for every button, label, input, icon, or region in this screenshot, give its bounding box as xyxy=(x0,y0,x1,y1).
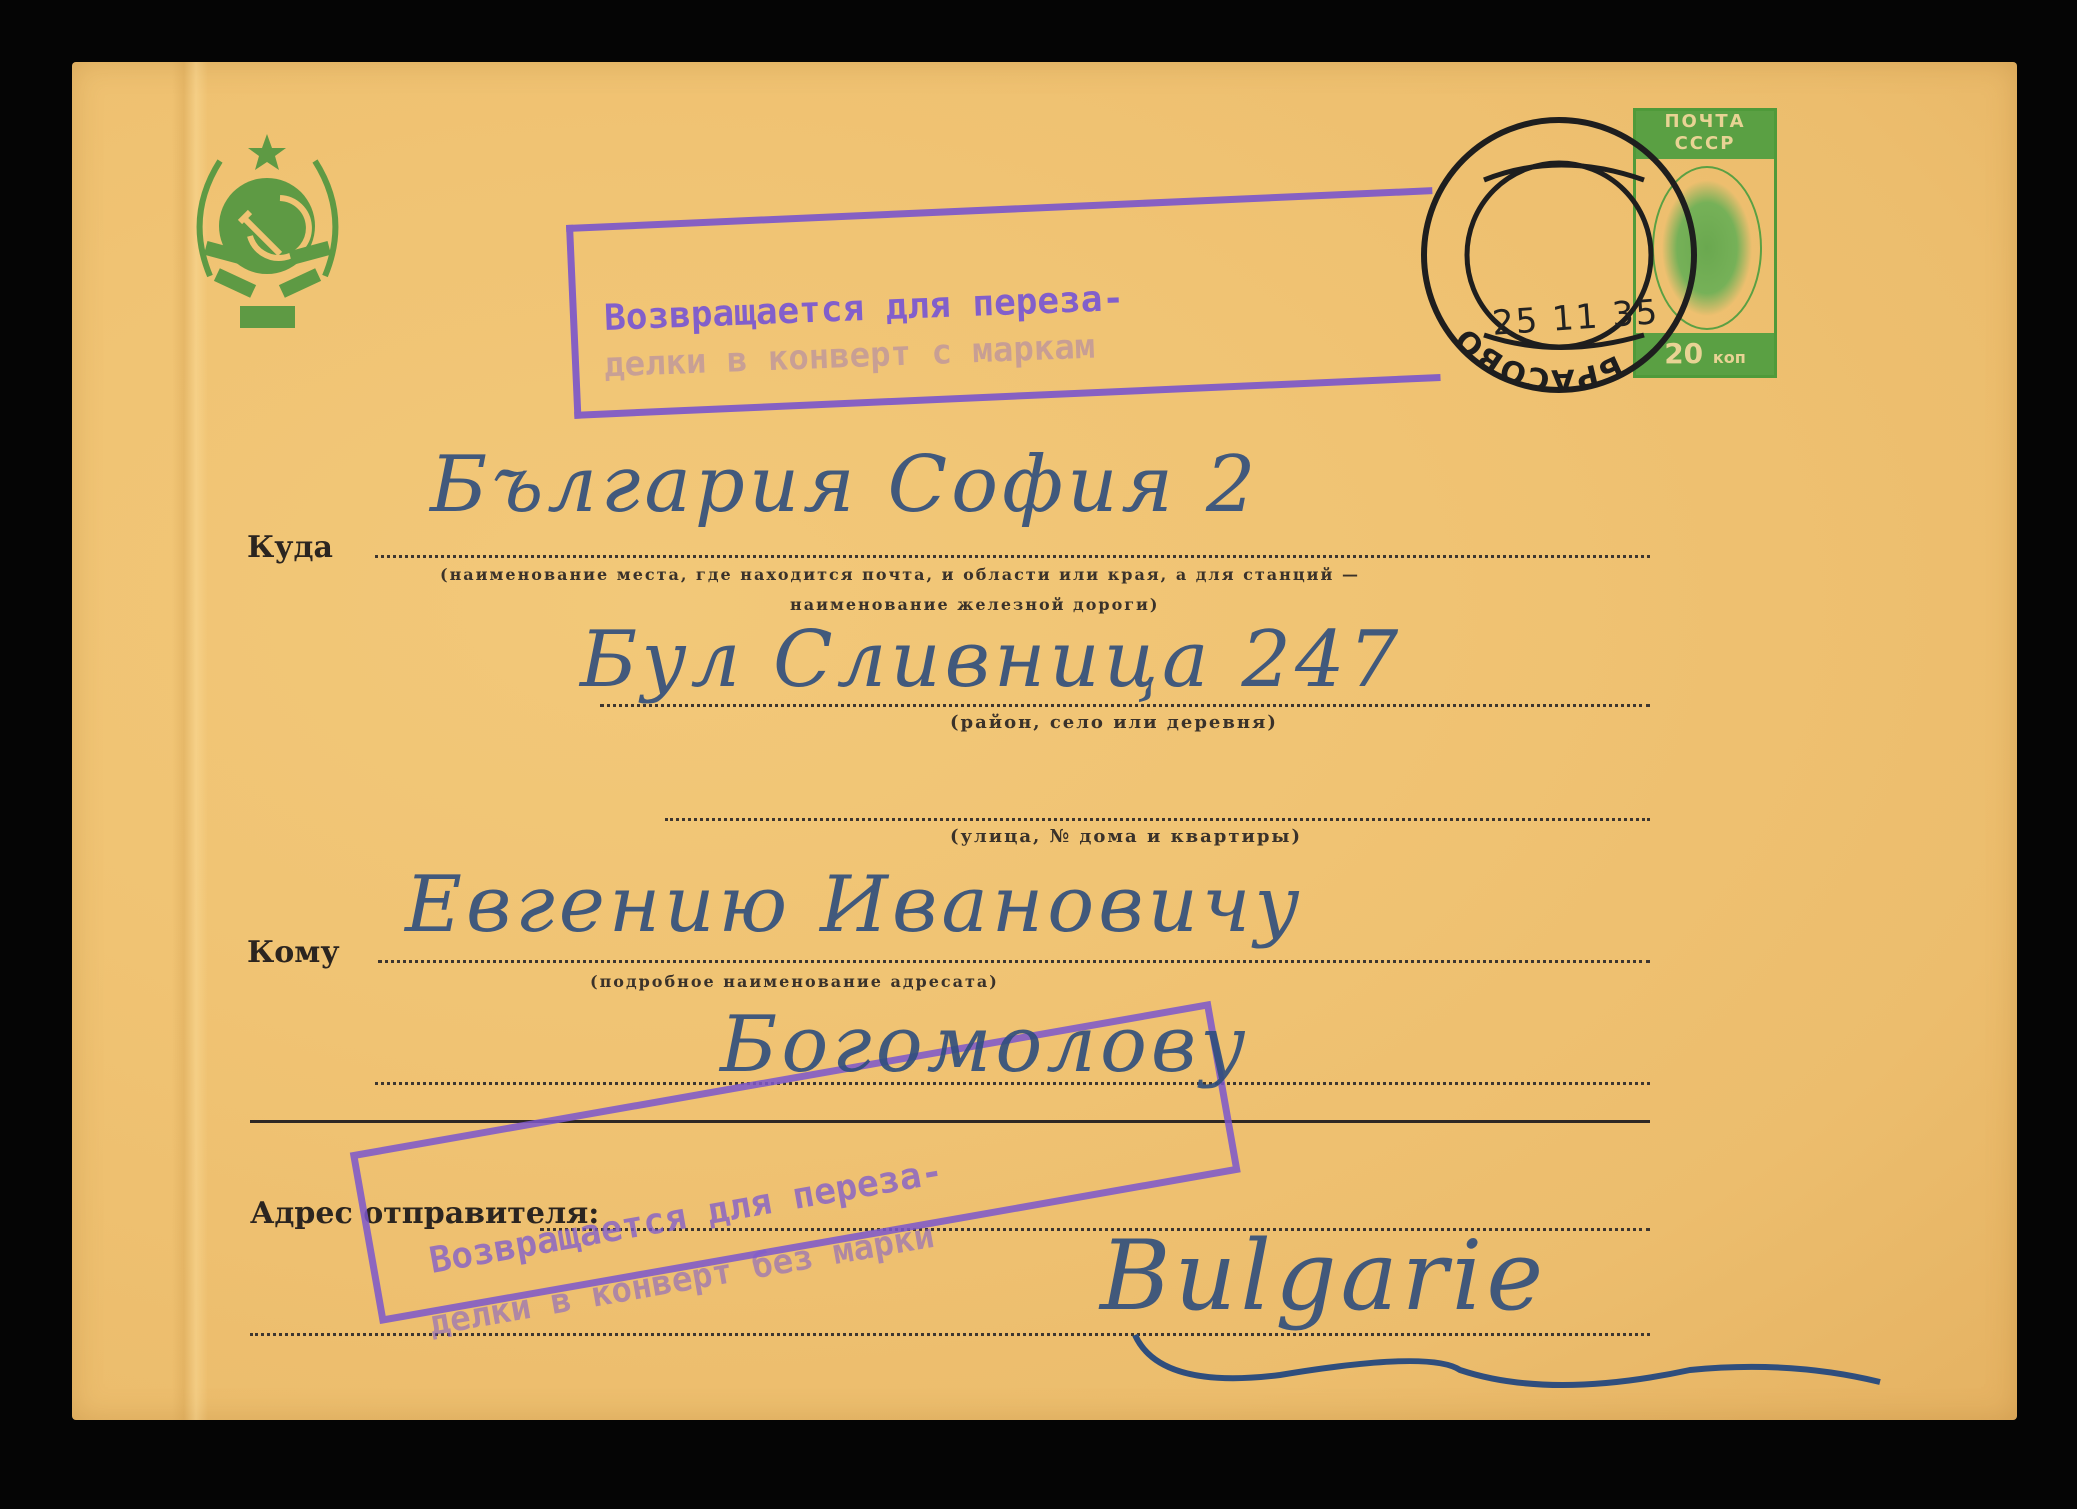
ussr-coat-of-arms-icon xyxy=(180,126,355,341)
whom-label: Кому xyxy=(247,935,340,970)
handwritten-name: Евгению Ивановичу xyxy=(405,860,1304,950)
handwritten-destination: Bulgarie xyxy=(1100,1220,1547,1332)
whom-hint: (подробное наименование адресата) xyxy=(590,972,999,991)
handwritten-country-city: България София 2 xyxy=(430,440,1260,530)
street-hint: (улица, № дома и квартиры) xyxy=(950,826,1302,847)
handwritten-surname: Богомолову xyxy=(720,1000,1250,1090)
to-label: Куда xyxy=(247,530,333,565)
to-hint-2: наименование железной дороги) xyxy=(790,595,1159,614)
handwritten-street: Бул Сливница 247 xyxy=(580,615,1402,705)
street-line xyxy=(665,818,1650,821)
district-hint: (район, село или деревня) xyxy=(950,712,1278,733)
postmark-cancel-icon: БРАСОВО xyxy=(1414,110,1704,400)
to-hint-1: (наименование места, где находится почта… xyxy=(440,565,1360,584)
whom-line xyxy=(378,960,1650,963)
to-line xyxy=(375,555,1650,558)
handwritten-underline xyxy=(1130,1330,1890,1400)
